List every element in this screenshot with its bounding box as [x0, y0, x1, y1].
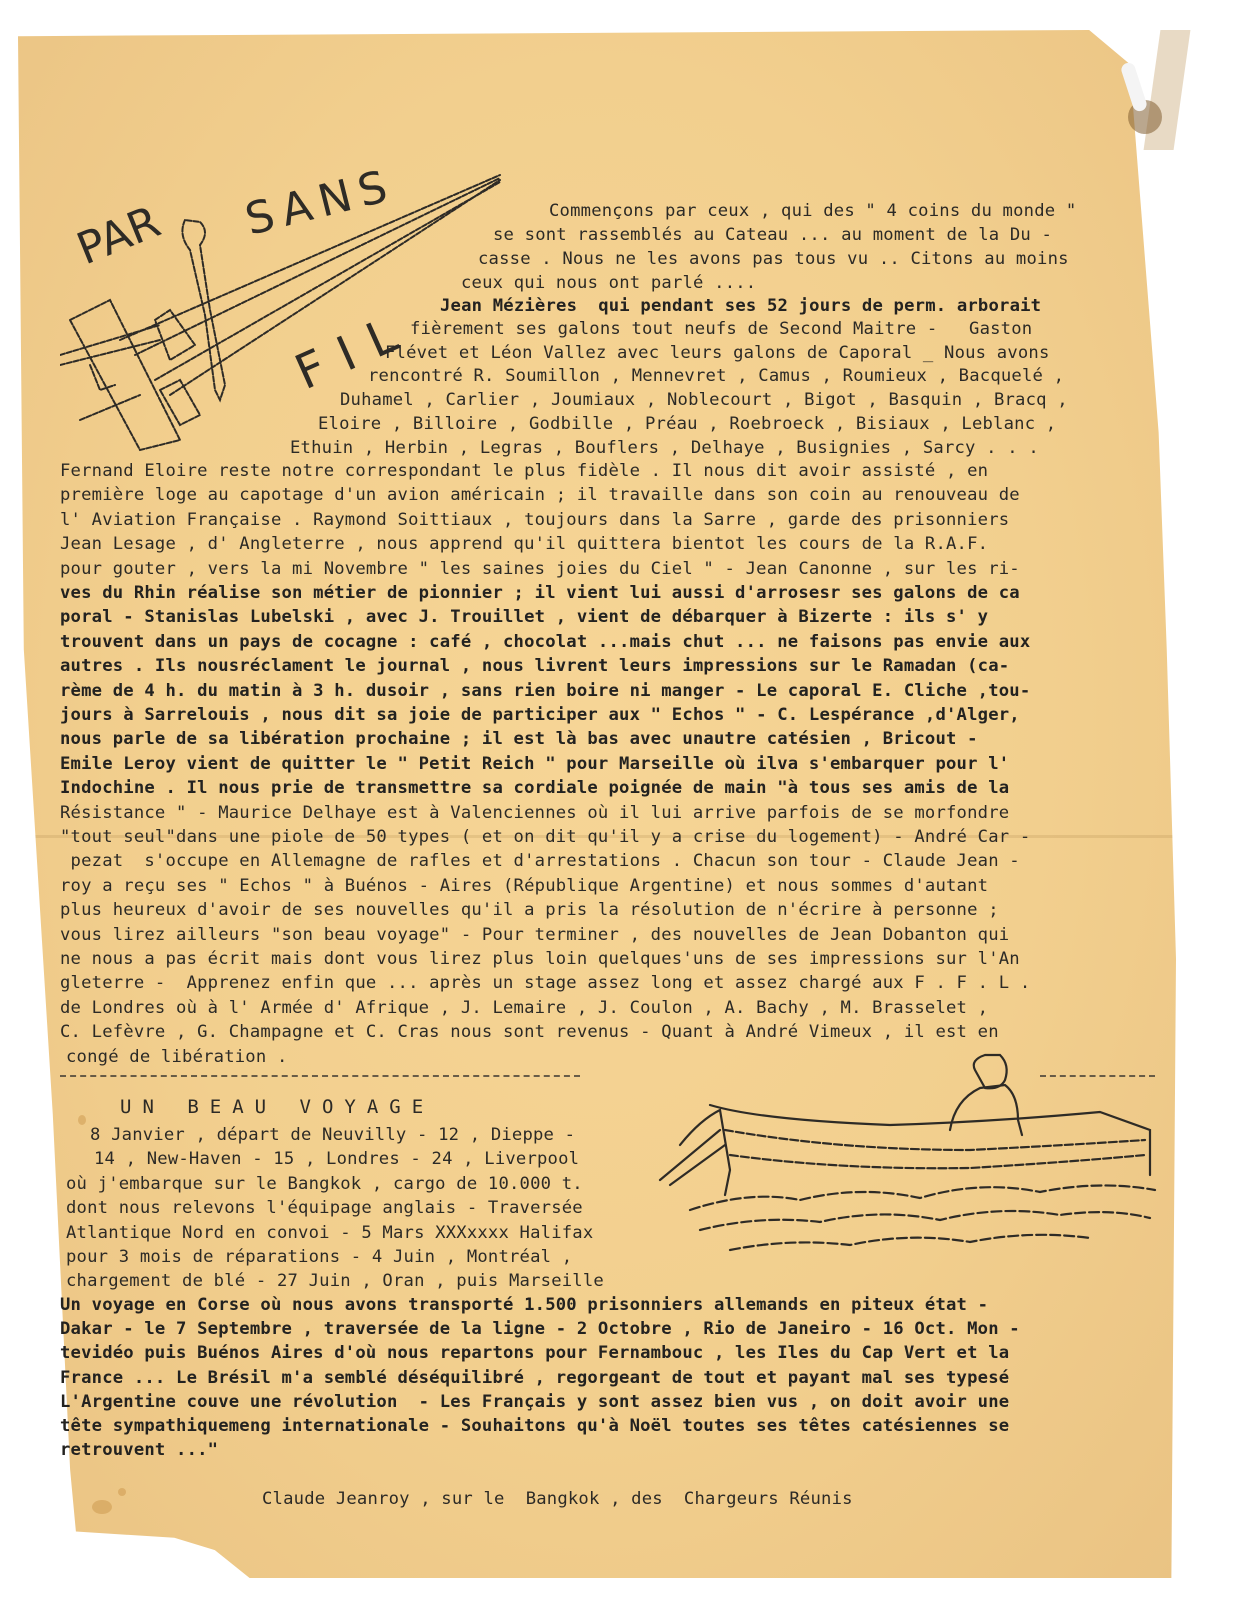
boat-sketch	[640, 1050, 1160, 1280]
text-line: Dakar - le 7 Septembre , traversée de la…	[60, 1317, 1020, 1341]
text-line: Fernand Eloire reste notre correspondant…	[60, 459, 988, 483]
intro-line: rencontré R. Soumillon , Mennevret , Cam…	[368, 364, 1064, 388]
intro-line: fièrement ses galons tout neufs de Secon…	[410, 317, 1032, 341]
text-line: tevidéo puis Buénos Aires d'où nous repa…	[60, 1341, 1009, 1365]
text-line: chargement de blé - 27 Juin , Oran , pui…	[66, 1269, 604, 1293]
text-line: trouvent dans un pays de cocagne : café …	[60, 630, 1030, 654]
text-line: C. Lefèvre , G. Champagne et C. Cras nou…	[60, 1020, 999, 1044]
text-line: roy a reçu ses " Echos " à Buénos - Aire…	[60, 874, 988, 898]
text-line: où j'embarque sur le Bangkok , cargo de …	[66, 1172, 583, 1196]
intro-line: ceux qui nous ont parlé ....	[461, 271, 756, 295]
text-line: l' Aviation Française . Raymond Soittiau…	[60, 508, 1009, 532]
intro-line: se sont rassemblés au Cateau ... au mome…	[493, 223, 1052, 247]
text-line: jours à Sarrelouis , nous dit sa joie de…	[60, 703, 1020, 727]
text-line: 14 , New-Haven - 15 , Londres - 24 , Liv…	[94, 1147, 579, 1171]
text-line: Un voyage en Corse où nous avons transpo…	[60, 1293, 988, 1317]
intro-line: Eloire , Billoire , Godbille , Préau , R…	[318, 412, 1056, 436]
text-line: de Londres où à l' Armée d' Afrique , J.…	[60, 996, 988, 1020]
stain	[78, 1115, 86, 1125]
text-line: gleterre - Apprenez enfin que ... après …	[60, 971, 1030, 995]
text-line: Atlantique Nord en convoi - 5 Mars XXXxx…	[66, 1221, 593, 1245]
text-line: pour 3 mois de réparations - 4 Juin , Mo…	[66, 1245, 572, 1269]
intro-line: Ethuin , Herbin , Legras , Bouflers , De…	[290, 436, 1039, 460]
text-line: 8 Janvier , départ de Neuvilly - 12 , Di…	[90, 1123, 575, 1147]
text-line: nous parle de sa libération prochaine ; …	[60, 727, 978, 751]
text-line: Jean Lesage , d' Angleterre , nous appre…	[60, 532, 988, 556]
text-line: pezat s'occupe en Allemagne de rafles et…	[60, 849, 1020, 873]
text-line: première loge au capotage d'un avion amé…	[60, 483, 1020, 507]
stain	[118, 1488, 126, 1496]
text-line: ne nous a pas écrit mais dont vous lirez…	[60, 947, 1020, 971]
text-line: retrouvent ..."	[60, 1438, 218, 1462]
section-title: UN BEAU VOYAGE	[120, 1096, 434, 1118]
intro-line: Commençons par ceux , qui des " 4 coins …	[549, 199, 1076, 223]
text-line: poral - Stanislas Lubelski , avec J. Tro…	[60, 605, 988, 629]
masthead-word-par: PAR	[70, 196, 167, 275]
section-divider	[60, 1075, 580, 1077]
text-line: Résistance " - Maurice Delhaye est à Val…	[60, 801, 1009, 825]
text-line: Indochine . Il nous prie de transmettre …	[60, 776, 1009, 800]
signature: Claude Jeanroy , sur le Bangkok , des Ch…	[262, 1487, 853, 1511]
masthead-word-sans: SANS	[240, 159, 400, 245]
intro-line: casse . Nous ne les avons pas tous vu ..…	[478, 247, 1069, 271]
text-line: rème de 4 h. du matin à 3 h. dusoir , sa…	[60, 679, 1030, 703]
text-line: France ... Le Brésil m'a semblé déséquil…	[60, 1366, 1009, 1390]
text-line: congé de libération .	[66, 1045, 288, 1069]
intro-line: Duhamel , Carlier , Joumiaux , Noblecour…	[340, 388, 1068, 412]
text-line: pour gouter , vers la mi Novembre " les …	[60, 557, 1020, 581]
stain	[92, 1500, 112, 1514]
intro-line: Flévet et Léon Vallez avec leurs galons …	[385, 341, 1050, 365]
text-line: L'Argentine couve une révolution - Les F…	[60, 1390, 1009, 1414]
text-line: vous lirez ailleurs "son beau voyage" - …	[60, 923, 1009, 947]
text-line: tête sympathiquemeng internationale - So…	[60, 1414, 1009, 1438]
text-line: autres . Ils nousréclament le journal , …	[60, 654, 1009, 678]
text-line: dont nous relevons l'équipage anglais - …	[66, 1196, 583, 1220]
intro-line: Jean Mézières qui pendant ses 52 jours d…	[440, 294, 1041, 318]
text-line: ves du Rhin réalise son métier de pionni…	[60, 581, 1020, 605]
text-line: Emile Leroy vient de quitter le " Petit …	[60, 752, 1009, 776]
text-line: "tout seul"dans une piole de 50 types ( …	[60, 825, 1030, 849]
text-line: plus heureux d'avoir de ses nouvelles qu…	[60, 898, 999, 922]
